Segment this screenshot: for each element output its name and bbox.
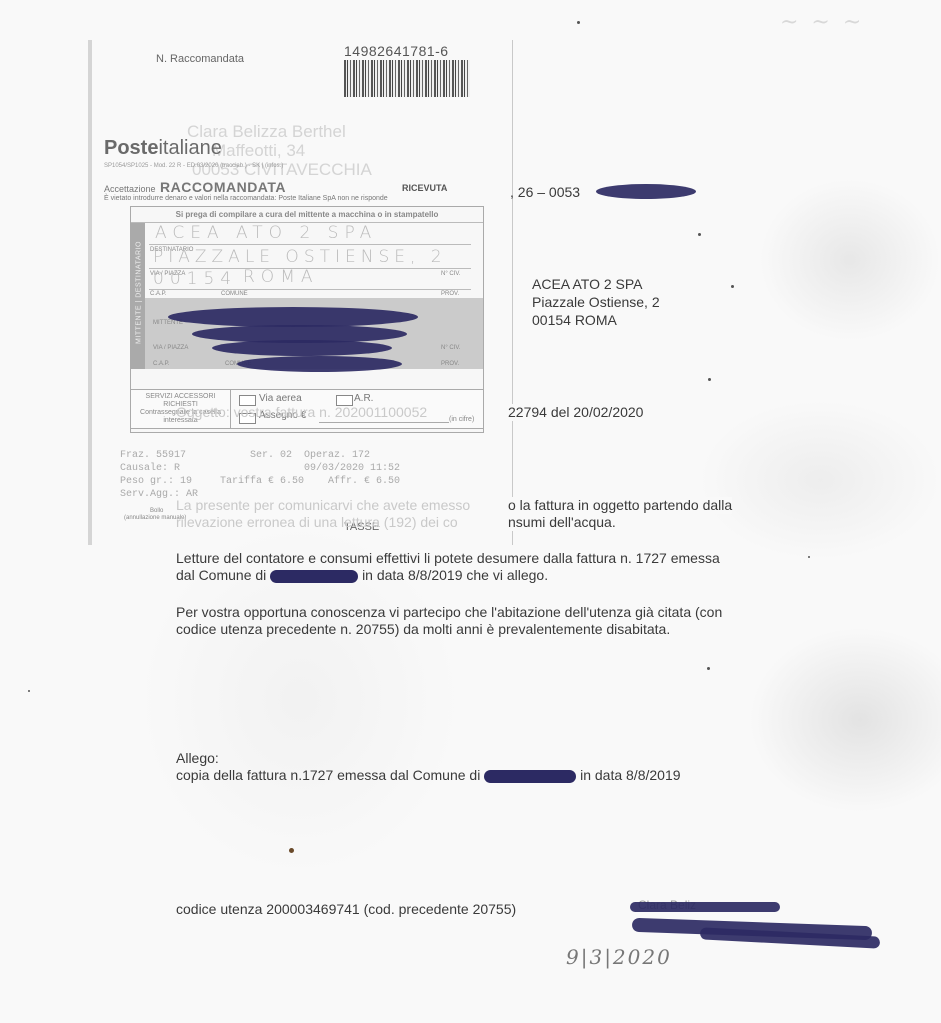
paragraph1-ghost-a: La presente per comunicarvi che avete em… — [176, 497, 470, 513]
scan-speck — [577, 21, 580, 24]
stamp-datetime: 09/03/2020 11:52 — [304, 463, 400, 474]
stamp-operaz: Operaz. 172 — [304, 450, 370, 461]
label-prov-sender: PROV. — [441, 361, 459, 367]
ink-redaction-comune — [270, 570, 358, 583]
stamp-peso: Peso gr.: 19 — [120, 476, 192, 487]
scan-speck — [731, 285, 734, 288]
faint-handwriting: ~ ~ ~ — [780, 10, 864, 35]
barcode — [344, 60, 470, 97]
stain-spot — [289, 848, 294, 853]
ink-redaction-sender — [168, 307, 418, 327]
handwritten-recipient-name: ACEA ATO 2 SPA — [155, 223, 377, 243]
bollo-label: Bollo — [150, 508, 163, 514]
stamp-affr: Affr. € 6.50 — [328, 476, 400, 487]
scan-speck — [28, 690, 30, 692]
ar-label: A.R. — [354, 393, 373, 404]
recipient-line-2: Piazzale Ostiense, 2 — [532, 294, 660, 311]
stamp-tariffa: Tariffa € 6.50 — [220, 476, 304, 487]
ink-redaction-sender-3 — [212, 340, 392, 356]
ink-redaction-city — [596, 184, 696, 199]
stamp-ser: Ser. 02 — [250, 450, 292, 461]
stamp-fraz: Fraz. 55917 — [120, 450, 186, 461]
paragraph3-line2: codice utenza precedente n. 20755) da mo… — [176, 621, 670, 638]
receipt-number: 14982641781-6 — [344, 43, 449, 59]
paragraph2-line1: Letture del contatore e consumi effettiv… — [176, 550, 720, 567]
handwritten-cap: 00154 — [153, 269, 237, 289]
scanned-letter-page: ~ ~ ~ N. Raccomandata 14982641781-6 Clar… — [0, 0, 941, 1023]
label-comune: COMUNE — [221, 291, 248, 297]
stamp-causale: Causale: R — [120, 463, 180, 474]
attachment-line: copia della fattura n.1727 emessa dal Co… — [176, 767, 681, 784]
label-cap-sender: C.A.P. — [153, 361, 170, 367]
subject-ghost: Oggetto: vostra fattura n. 202001100052 — [176, 404, 427, 420]
form-header: Si prega di compilare a cura del mittent… — [131, 207, 483, 223]
paragraph2-line2: dal Comune di in data 8/8/2019 che vi al… — [176, 567, 548, 584]
sender-ghost-street: Maffeotti, 34 — [212, 141, 305, 161]
paragraph1-line2: nsumi dell'acqua. — [508, 514, 616, 531]
handwritten-recipient-street: PIAZZALE OSTIENSE, 2 — [153, 247, 447, 267]
paragraph1-line1: o la fattura in oggetto partendo dalla — [508, 497, 732, 514]
form-code: SP1054/SP1025 - Mod. 22 R - ED.03/2020 (… — [104, 163, 283, 169]
in-cifre-label: (in cifre) — [449, 416, 474, 423]
scan-speck — [708, 378, 711, 381]
label-n-civ-sender: N° CIV. — [441, 345, 461, 351]
scan-speck — [698, 233, 701, 236]
subject-visible: 22794 del 20/02/2020 — [506, 404, 643, 421]
recipient-line-1: ACEA ATO 2 SPA — [532, 276, 643, 293]
codice-utenza: codice utenza 200003469741 (cod. precede… — [176, 901, 516, 918]
ricevuta-label: RICEVUTA — [402, 183, 447, 193]
poste-italiane-logo: Posteitaliane — [104, 137, 222, 160]
ink-redaction-signature-1 — [630, 902, 780, 912]
handwritten-date: 9|3|2020 — [566, 945, 672, 969]
via-aerea-label: Via aerea — [259, 393, 302, 404]
postal-receipt: N. Raccomandata 14982641781-6 Clara Beli… — [88, 40, 513, 545]
label-n-civ: N° CIV. — [441, 271, 461, 277]
recipient-line-3: 00154 ROMA — [532, 312, 617, 329]
label-via-piazza-sender: VIA / PIAZZA — [153, 345, 188, 351]
paragraph3-line1: Per vostra opportuna conoscenza vi parte… — [176, 604, 722, 621]
label-cap: C.A.P. — [150, 291, 167, 297]
warning-text: È vietato introdurre denaro e valori nel… — [104, 195, 388, 202]
scan-speck — [707, 667, 710, 670]
receipt-number-label: N. Raccomandata — [156, 53, 244, 65]
paragraph1-ghost-b: rilevazione erronea di una lettura (192)… — [176, 514, 458, 530]
handwritten-city: ROMA — [243, 267, 319, 287]
sender-address-tail: , 26 – 0053 — [510, 184, 580, 201]
scan-speck — [808, 556, 810, 558]
label-prov: PROV. — [441, 291, 459, 297]
side-label-bar: MITTENTE | DESTINATARIO — [131, 223, 145, 369]
ink-redaction-comune-2 — [484, 770, 576, 783]
attachment-label: Allego: — [176, 750, 219, 767]
ink-redaction-sender-4 — [237, 356, 402, 372]
